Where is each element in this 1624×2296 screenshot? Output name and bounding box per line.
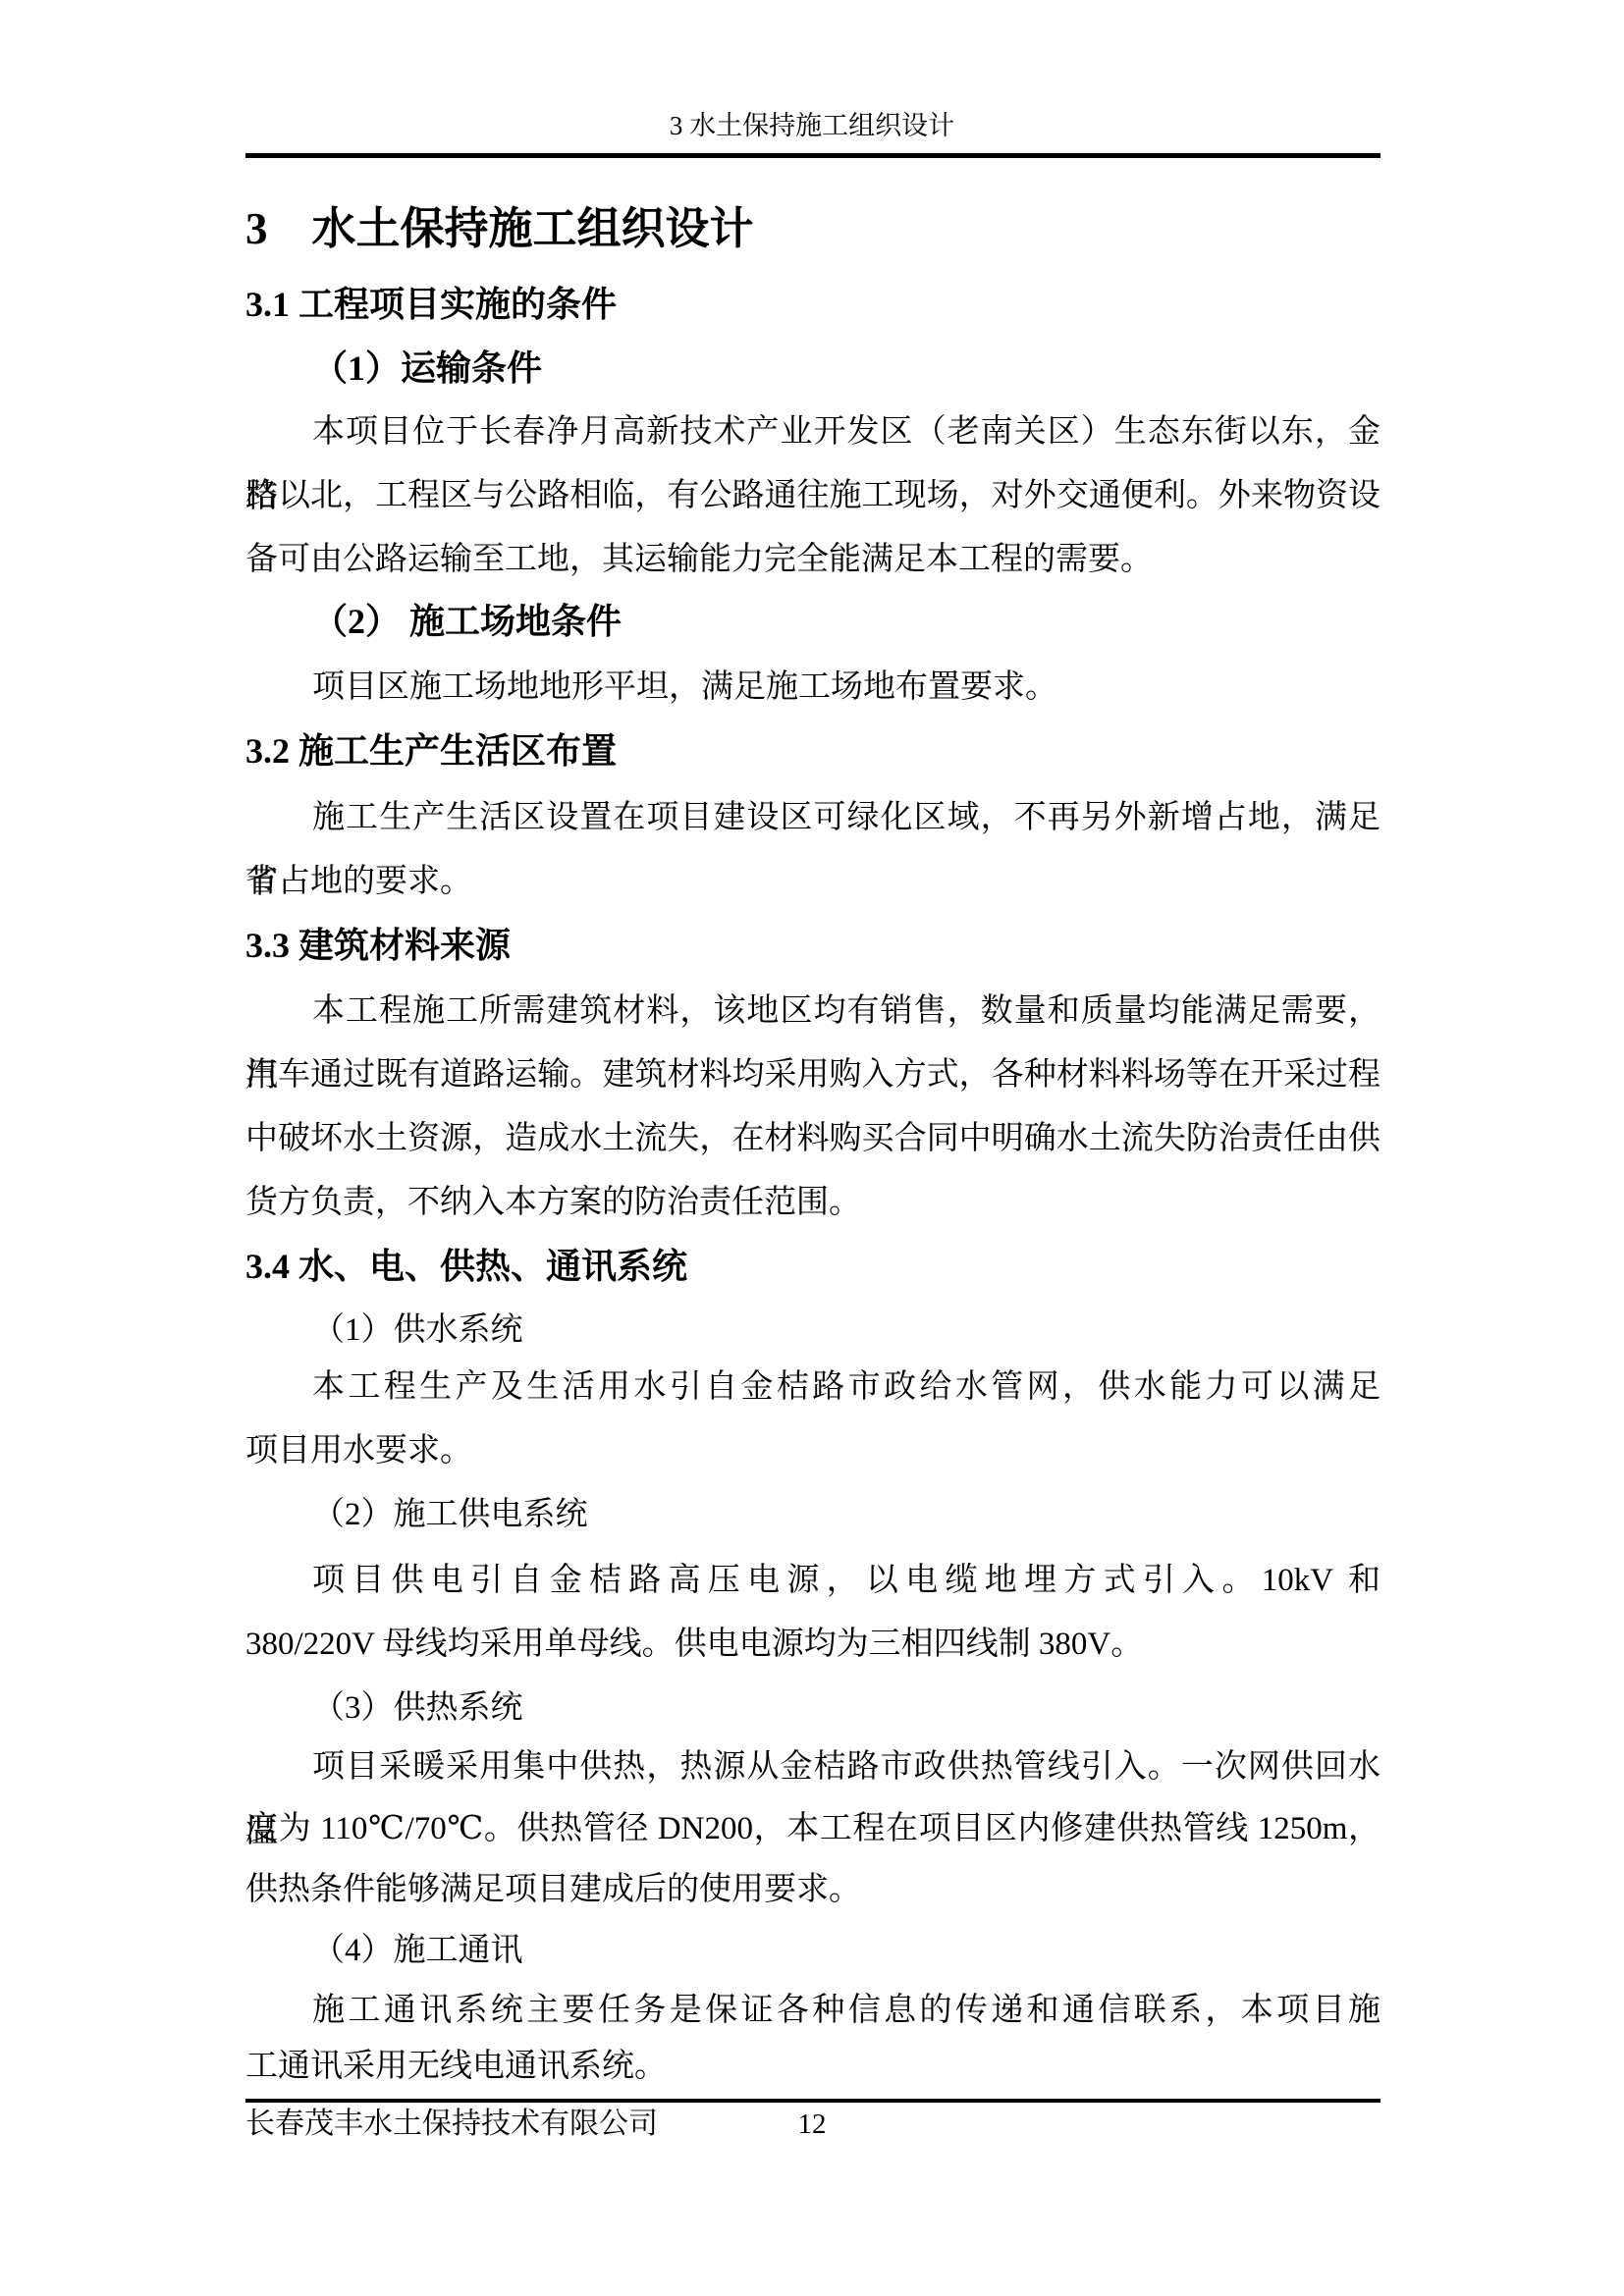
running-header: 3 水土保持施工组织设计 — [0, 102, 1624, 149]
section-heading-3-4: 3.4 水、电、供热、通讯系统 — [245, 1234, 1380, 1299]
body-line: 380/220V 母线均采用单母线。供电电源均为三相四线制 380V。 — [245, 1612, 1380, 1677]
body-line: 备可由公路运输至工地，其运输能力完全能满足本工程的需要。 — [245, 527, 1380, 592]
body-line: 项目采暖采用集中供热，热源从金桔路市政供热管线引入。一次网供回水温 — [245, 1735, 1380, 1799]
body-line: 本工程生产及生活用水引自金桔路市政给水管网，供水能力可以满足 — [245, 1355, 1380, 1419]
body-line: 度为 110℃/70℃。供热管径 DN200，本工程在项目区内修建供热管线 12… — [245, 1796, 1380, 1861]
body-line: 项目供电引自金桔路高压电源，以电缆地埋方式引入。10kV 和 — [245, 1548, 1380, 1613]
document-page: 3 水土保持施工组织设计 3 水土保持施工组织设计 3.1 工程项目实施的条件 … — [0, 0, 1624, 2296]
body-line: 项目区施工场地地形平坦，满足施工场地布置要求。 — [245, 655, 1380, 720]
body-line: 路以北，工程区与公路相临，有公路通往施工现场，对外交通便利。外来物资设 — [245, 463, 1380, 528]
body-line: 施工生产生活区设置在项目建设区可绿化区域，不再另外新增占地，满足节 — [245, 785, 1380, 850]
subsection-heading-communication: （4）施工通讯 — [245, 1918, 1380, 1983]
body-line: 货方负责，不纳入本方案的防治责任范围。 — [245, 1170, 1380, 1235]
chapter-title: 3 水土保持施工组织设计 — [245, 187, 1380, 270]
body-line: 汽车通过既有道路运输。建筑材料均采用购入方式，各种材料料场等在开采过程 — [245, 1042, 1380, 1107]
body-line: 本工程施工所需建筑材料，该地区均有销售，数量和质量均能满足需要，用 — [245, 979, 1380, 1043]
section-heading-3-2: 3.2 施工生产生活区布置 — [245, 719, 1380, 783]
section-heading-3-1: 3.1 工程项目实施的条件 — [245, 272, 1380, 337]
body-line: 项目用水要求。 — [245, 1418, 1380, 1483]
subsection-heading-water-supply: （1）供水系统 — [245, 1298, 1380, 1362]
body-line: 供热条件能够满足项目建成后的使用要求。 — [245, 1857, 1380, 1922]
page-number: 12 — [0, 2103, 1624, 2146]
body-line: 省占地的要求。 — [245, 849, 1380, 914]
body-line: 中破坏水土资源，造成水土流失，在材料购买合同中明确水土流失防治责任由供 — [245, 1106, 1380, 1171]
body-line: 工通讯采用无线电通讯系统。 — [245, 2034, 1380, 2099]
subsection-heading-heating: （3）供热系统 — [245, 1676, 1380, 1740]
header-rule — [245, 153, 1380, 158]
subsection-heading-site: （2） 施工场地条件 — [245, 589, 1380, 654]
section-heading-3-3: 3.3 建筑材料来源 — [245, 913, 1380, 978]
subsection-heading-transport: （1）运输条件 — [245, 336, 1380, 400]
subsection-heading-power-supply: （2）施工供电系统 — [245, 1482, 1380, 1547]
body-line: 本项目位于长春净月高新技术产业开发区（老南关区）生态东街以东，金桔 — [245, 400, 1380, 464]
